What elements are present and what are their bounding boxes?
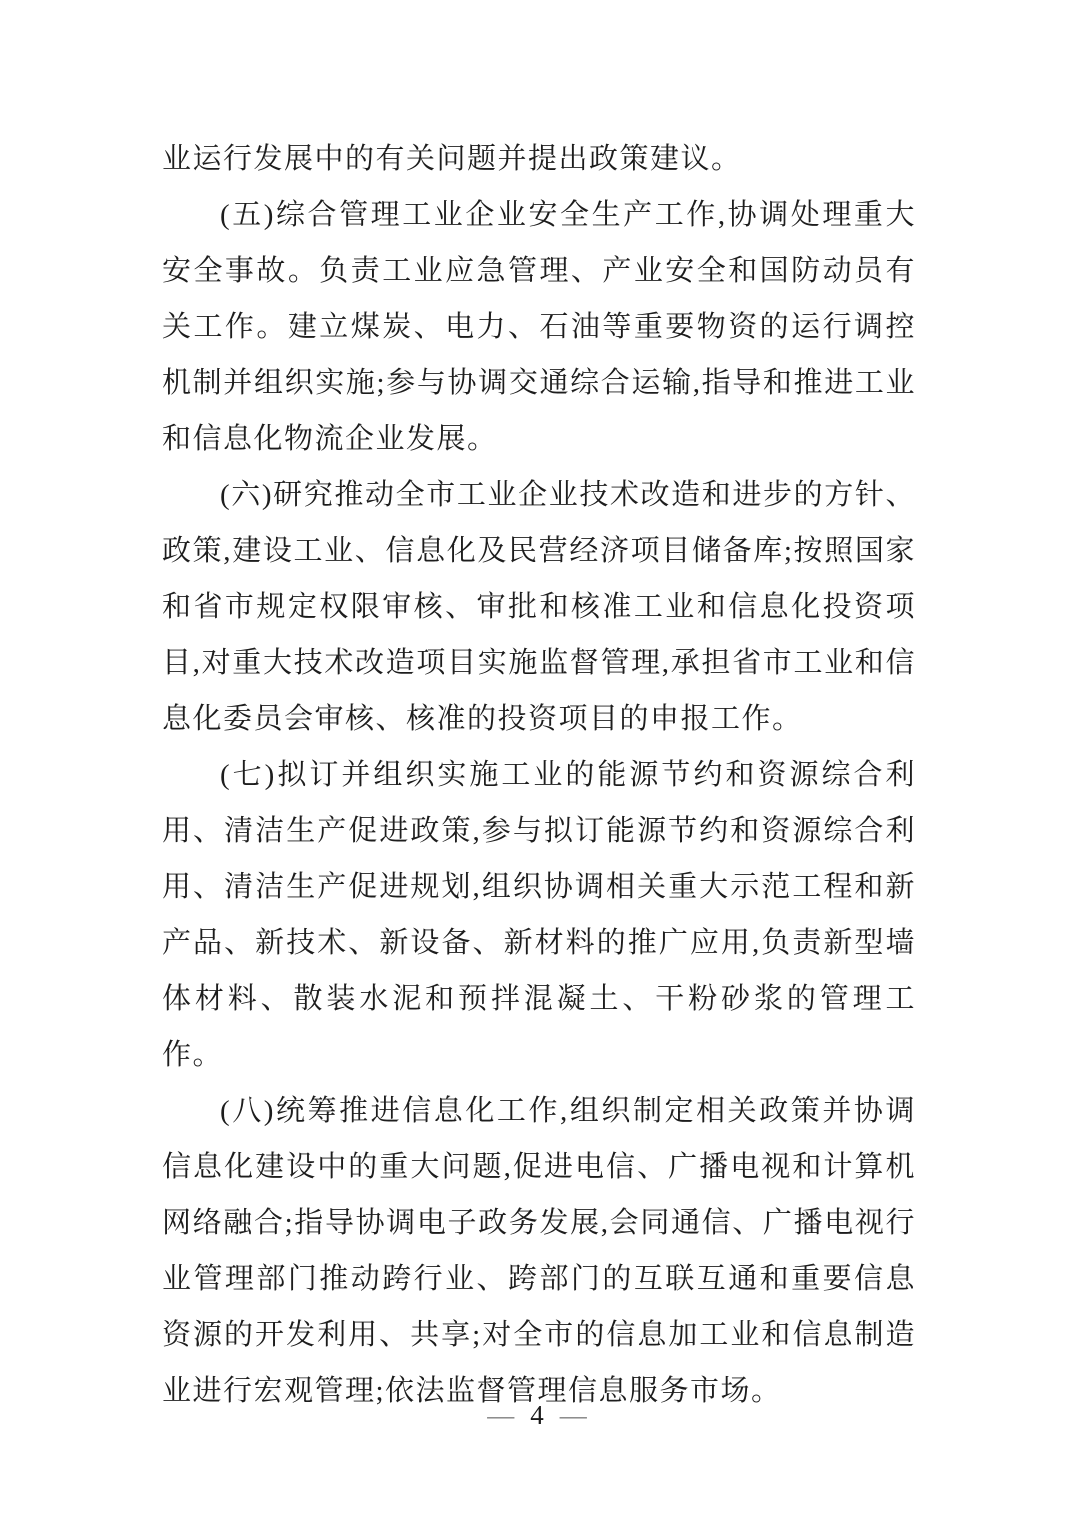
paragraph-item-8: (八)统筹推进信息化工作,组织制定相关政策并协调信息化建设中的重大问题,促进电信…: [162, 1083, 916, 1419]
page-number: 4: [530, 1400, 544, 1430]
paragraph-item-6: (六)研究推动全市工业企业技术改造和进步的方针、政策,建设工业、信息化及民营经济…: [162, 467, 916, 747]
paragraph-continuation: 业运行发展中的有关问题并提出政策建议。: [162, 131, 916, 187]
footer-right-dash: —: [560, 1400, 587, 1430]
footer-left-dash: —: [487, 1400, 514, 1430]
paragraph-item-5: (五)综合管理工业企业安全生产工作,协调处理重大安全事故。负责工业应急管理、产业…: [162, 187, 916, 467]
paragraph-item-7: (七)拟订并组织实施工业的能源节约和资源综合利用、清洁生产促进政策,参与拟订能源…: [162, 747, 916, 1083]
document-body: 业运行发展中的有关问题并提出政策建议。 (五)综合管理工业企业安全生产工作,协调…: [162, 131, 916, 1419]
document-page: 业运行发展中的有关问题并提出政策建议。 (五)综合管理工业企业安全生产工作,协调…: [0, 0, 1074, 1520]
page-footer: —4—: [0, 1398, 1074, 1432]
